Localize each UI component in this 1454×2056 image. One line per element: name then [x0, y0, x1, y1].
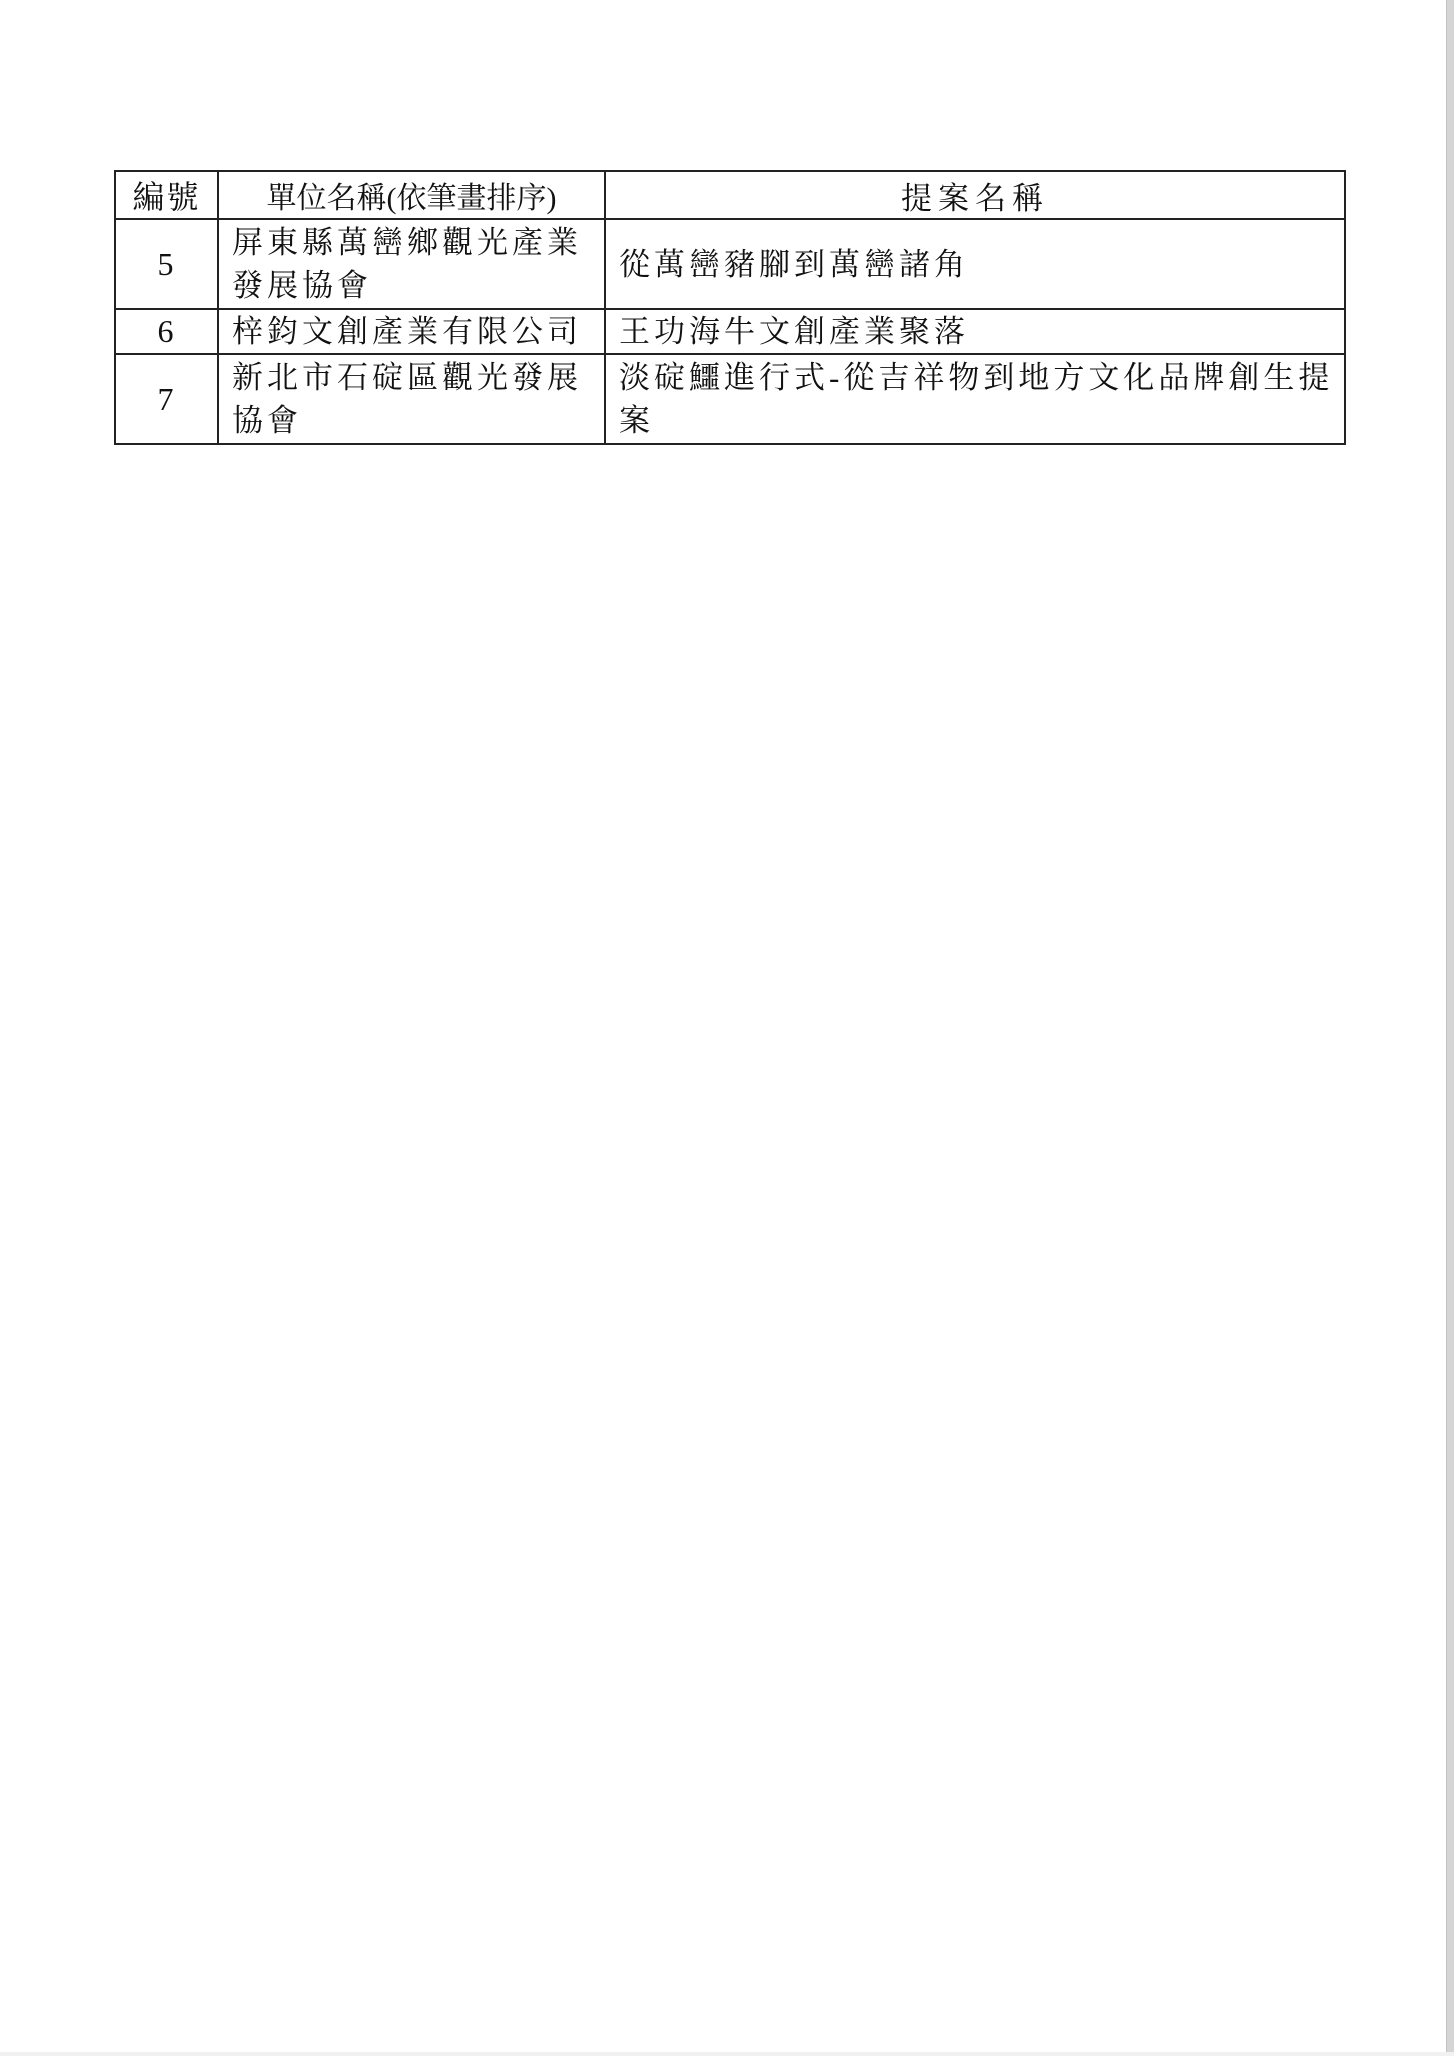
header-number: 編號	[115, 171, 218, 219]
unit-name-cell: 屏東縣萬巒鄉觀光產業發展協會	[218, 219, 605, 309]
proposal-name-cell: 從萬巒豬腳到萬巒諸角	[605, 219, 1345, 309]
row-number-cell: 6	[115, 309, 218, 354]
row-number-cell: 7	[115, 354, 218, 444]
table-row: 7 新北市石碇區觀光發展協會 淡碇鱷進行式-從吉祥物到地方文化品牌創生提案	[115, 354, 1345, 444]
table-header-row: 編號 單位名稱(依筆畫排序) 提案名稱	[115, 171, 1345, 219]
proposal-name-cell: 淡碇鱷進行式-從吉祥物到地方文化品牌創生提案	[605, 354, 1345, 444]
unit-name-cell: 新北市石碇區觀光發展協會	[218, 354, 605, 444]
page-bottom-edge	[0, 2052, 1454, 2056]
document-page: 編號 單位名稱(依筆畫排序) 提案名稱 5 屏東縣萬巒鄉觀光產業發展協會 從萬巒…	[0, 0, 1454, 2056]
page-right-edge	[1446, 0, 1454, 2056]
header-unit: 單位名稱(依筆畫排序)	[218, 171, 605, 219]
proposal-name-cell: 王功海牛文創產業聚落	[605, 309, 1345, 354]
table-row: 5 屏東縣萬巒鄉觀光產業發展協會 從萬巒豬腳到萬巒諸角	[115, 219, 1345, 309]
proposals-table: 編號 單位名稱(依筆畫排序) 提案名稱 5 屏東縣萬巒鄉觀光產業發展協會 從萬巒…	[114, 170, 1346, 445]
table-row: 6 梓鈞文創產業有限公司 王功海牛文創產業聚落	[115, 309, 1345, 354]
unit-name-cell: 梓鈞文創產業有限公司	[218, 309, 605, 354]
header-proposal: 提案名稱	[605, 171, 1345, 219]
row-number-cell: 5	[115, 219, 218, 309]
